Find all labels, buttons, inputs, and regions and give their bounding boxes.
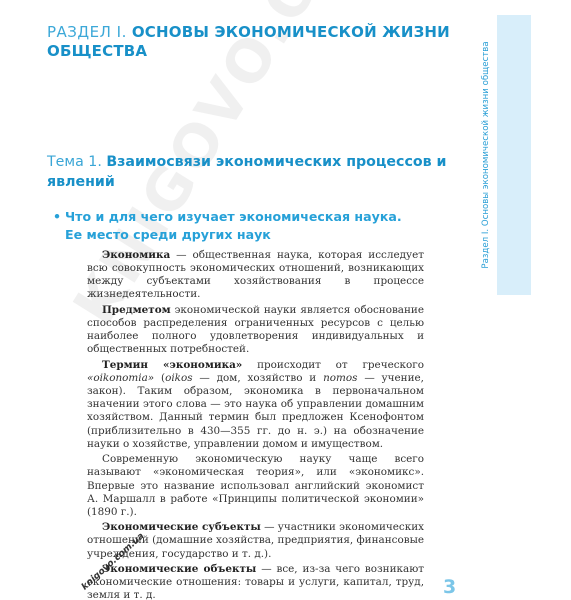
bullet-icon: • (53, 208, 61, 226)
topic-prefix: Тема 1. (47, 154, 102, 170)
subtopic-heading: • Что и для чего изучает экономическая н… (53, 208, 413, 244)
term-economic-objects: Экономические объекты (102, 563, 256, 575)
term-economic-subjects: Экономические субъекты (102, 521, 261, 533)
topic-title: Взаимосвязи экономических процессов и яв… (47, 154, 446, 190)
section-prefix: РАЗДЕЛ I. (47, 23, 127, 41)
paragraph-modern-science: Современную экономическую науку чаще все… (87, 453, 424, 519)
paragraph-text: ( (154, 372, 165, 384)
paragraph-subject: Предметом экономической науки является о… (87, 304, 424, 357)
greek-term: nomos (323, 372, 357, 384)
body-text: Экономика — общественная наука, которая … (87, 249, 424, 600)
paragraph-text: — дом, хозяйство и (193, 372, 324, 384)
term-economics: Экономика (102, 249, 170, 261)
side-tab-background (497, 15, 531, 295)
page-number: 3 (443, 576, 456, 598)
paragraph-term-origin: Термин «экономика» происходит от греческ… (87, 359, 424, 451)
paragraph-text: происходит от греческого (242, 359, 424, 371)
subtopic-title: Что и для чего изучает экономическая нау… (53, 208, 413, 244)
topic-heading: Тема 1. Взаимосвязи экономических процес… (47, 152, 447, 192)
term-subject: Предметом (102, 304, 171, 316)
section-heading: РАЗДЕЛ I. ОСНОВЫ ЭКОНОМИЧЕСКОЙ ЖИЗНИ ОБЩ… (47, 23, 457, 61)
side-running-header: Раздел I. Основы экономической жизни общ… (477, 20, 495, 290)
paragraph-economics-definition: Экономика — общественная наука, которая … (87, 249, 424, 302)
paragraph-economic-objects: Экономические объекты — все, из-за чего … (87, 563, 424, 600)
greek-term: «oikonomia» (87, 372, 154, 384)
term-economics-word: Термин «экономика» (102, 359, 242, 371)
side-running-header-text: Раздел I. Основы экономической жизни общ… (481, 41, 491, 268)
greek-term: oikos (165, 372, 192, 384)
paragraph-text: Современную экономическую науку чаще все… (87, 453, 424, 518)
